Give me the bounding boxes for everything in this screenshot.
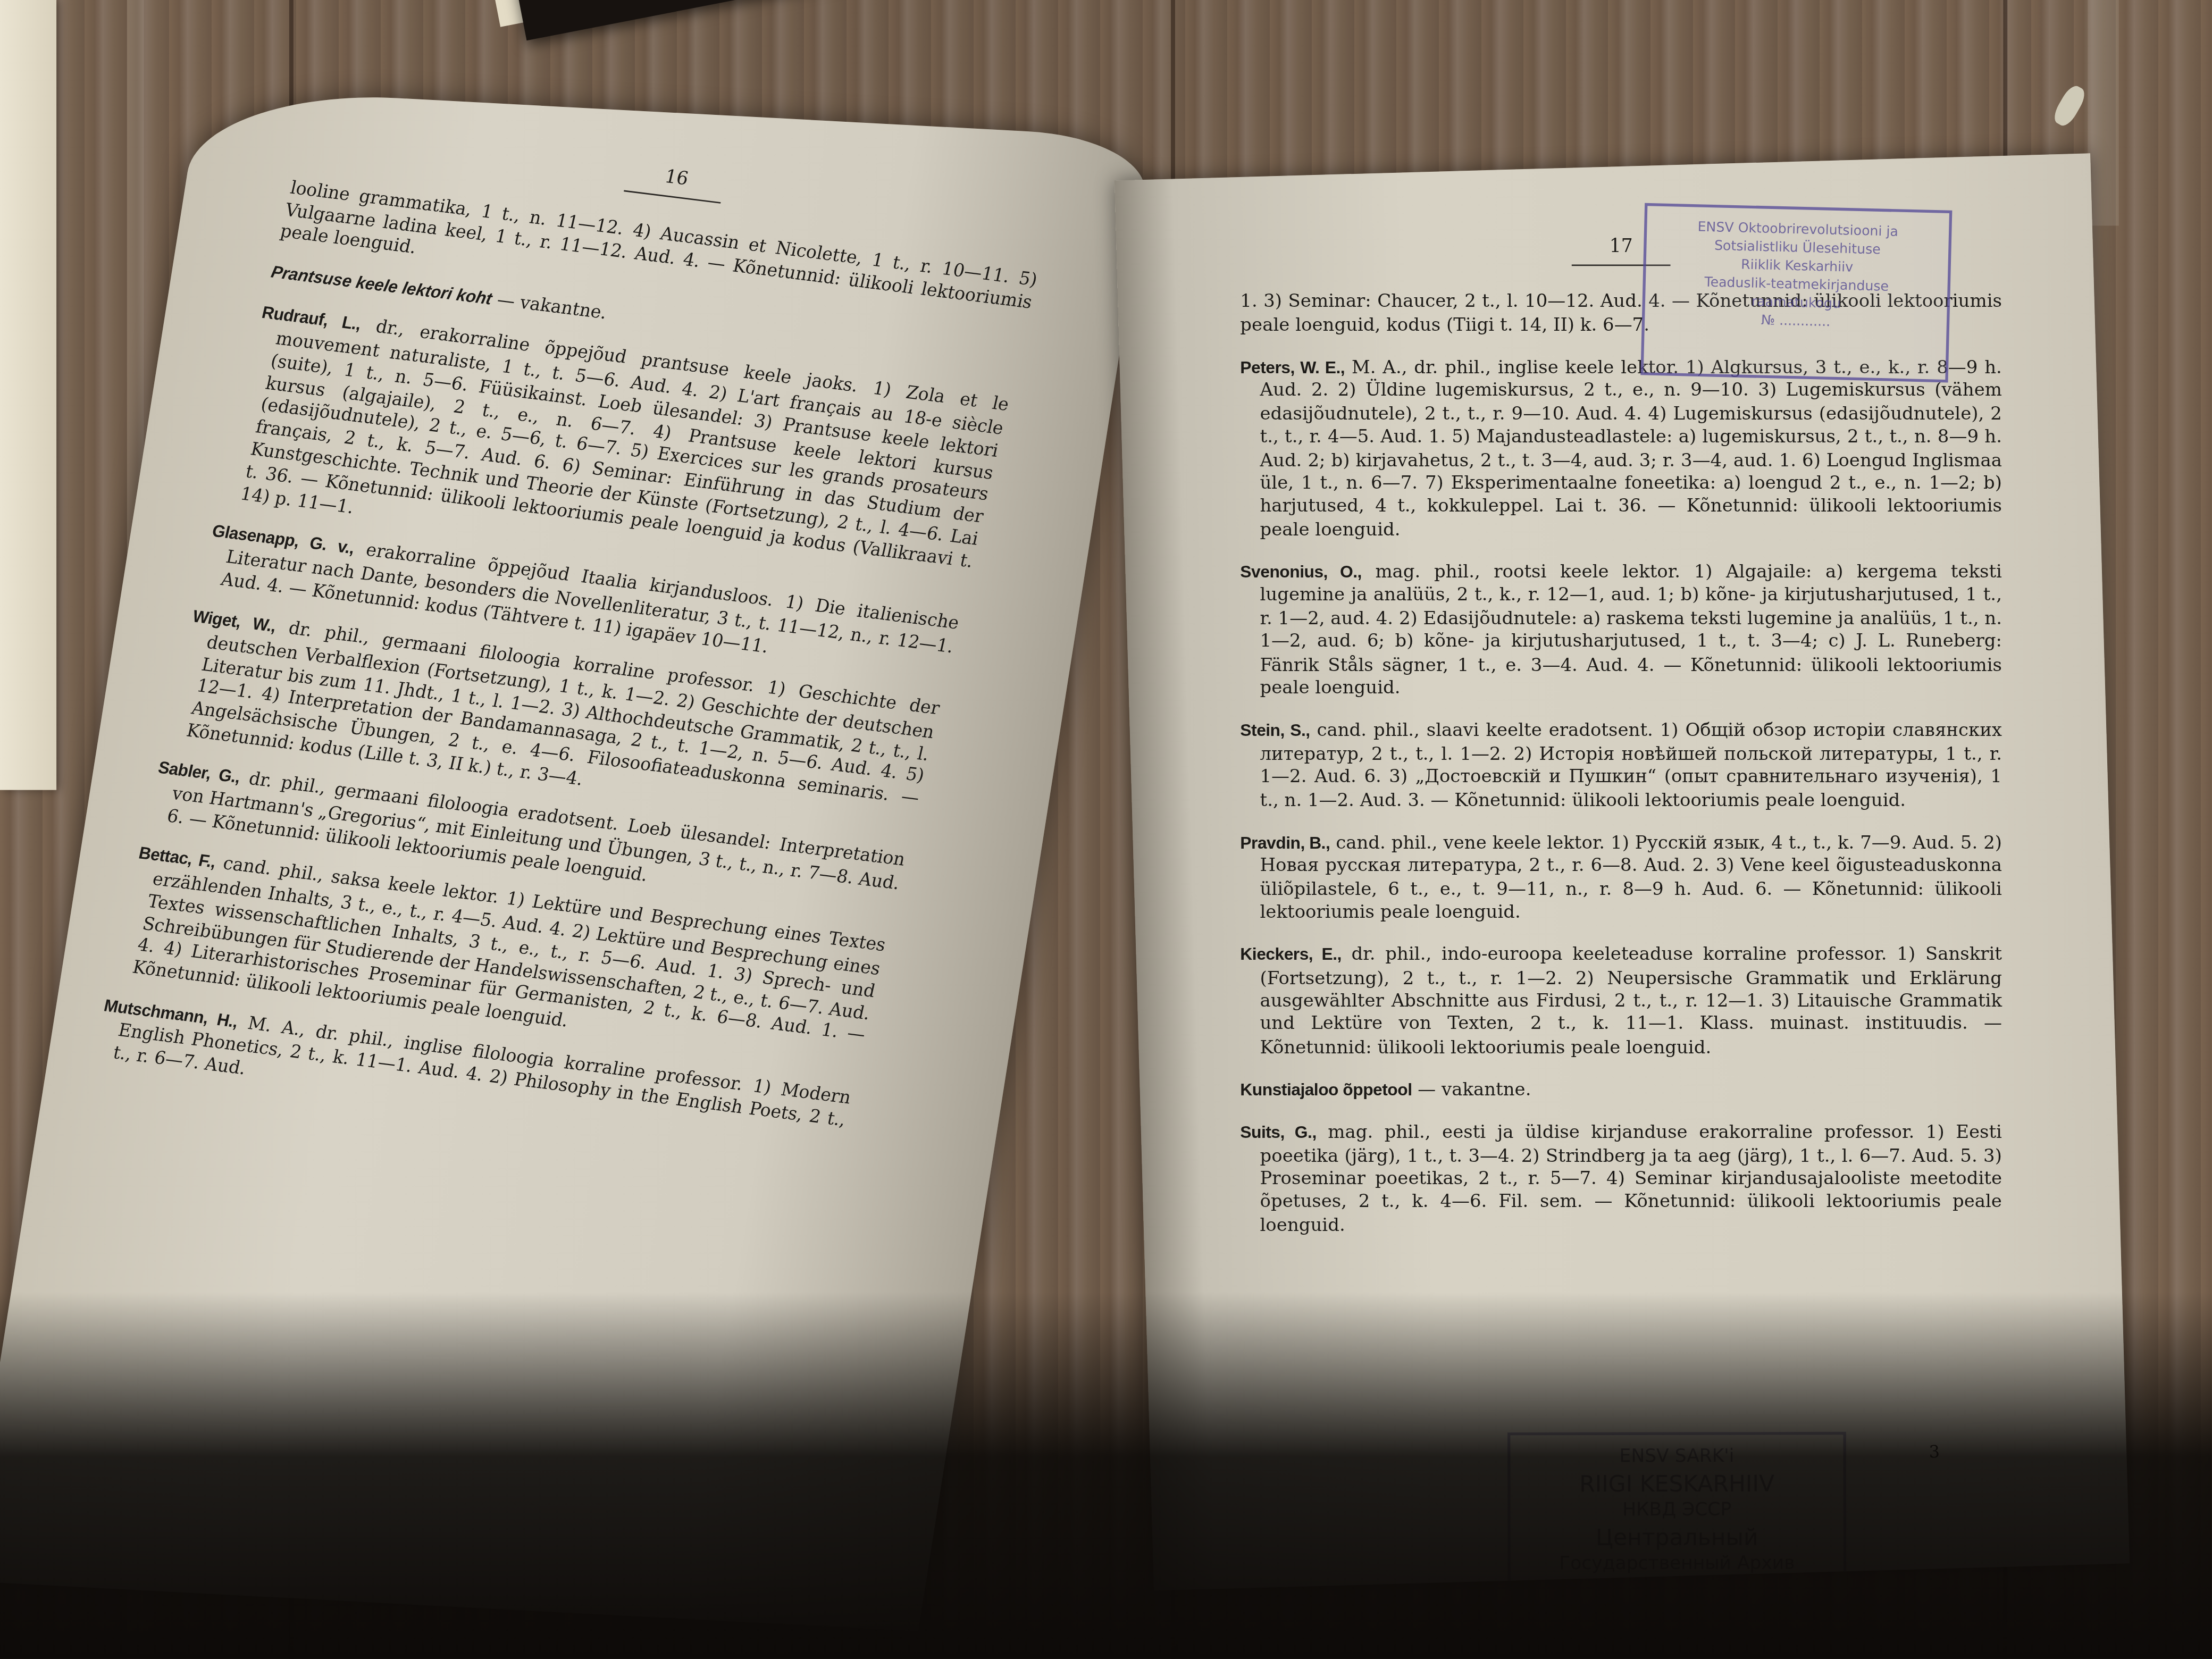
right-page-text: 17 1. 3) Seminar: Chaucer, 2 t., l. 10—1… xyxy=(1240,236,2002,1249)
lecturer-name: Wiget, W., xyxy=(191,606,278,636)
entry-peters: Peters, W. E., M. A., dr. phil., inglise… xyxy=(1240,356,2002,543)
entry-kieckers: Kieckers, E., dr. phil., indo-euroopa ke… xyxy=(1240,943,2002,1060)
background-paper-sheet xyxy=(0,0,56,790)
entry-heading: Kunstiajaloo õppetool xyxy=(1240,1080,1412,1100)
lecturer-name: Stein, S., xyxy=(1240,720,1310,740)
entry-suits: Suits, G., mag. phil., eesti ja üldise k… xyxy=(1240,1121,2002,1238)
lecturer-name: Sabler, G., xyxy=(156,758,242,787)
entry-kunstiajaloo: Kunstiajaloo õppetool — vakantne. xyxy=(1240,1078,2002,1103)
left-page-text: 16 looline grammatika, 1 t., n. 11—12. 4… xyxy=(89,122,1052,1166)
entry-text: M. A., dr. phil., inglise keele lektor. … xyxy=(1260,358,2001,541)
lecturer-name: Pravdin, B., xyxy=(1240,833,1330,852)
background-book-cover xyxy=(508,0,1136,40)
entry-heading: Prantsuse keele lektori koht xyxy=(270,262,495,308)
wood-grain xyxy=(2088,0,2118,225)
entry-text: mag. phil., rootsi keele lektor. 1) Alga… xyxy=(1260,562,2001,699)
lecturer-name: Suits, G., xyxy=(1240,1122,1316,1142)
bottom-shadow xyxy=(0,1292,2212,1659)
entry-text: — vakantne. xyxy=(1412,1080,1531,1101)
lecturer-name: Peters, W. E., xyxy=(1240,358,1345,378)
lecturer-name: Kieckers, E., xyxy=(1240,945,1341,965)
entry-text: cand. phil., slaavi keelte eradotsent. 1… xyxy=(1260,720,2001,811)
entry-text: dr. phil., indo-euroopa keeleteaduse kor… xyxy=(1260,945,2002,1059)
lecturer-name: Bettac, F., xyxy=(137,843,217,873)
lecturer-name: Svenonius, O., xyxy=(1240,562,1361,582)
entry-stein: Stein, S., cand. phil., slaavi keelte er… xyxy=(1240,719,2002,814)
table-debris xyxy=(2050,82,2089,129)
entry-svenonius: Svenonius, O., mag. phil., rootsi keele … xyxy=(1240,561,2002,701)
entry-pravdin: Pravdin, B., cand. phil., vene keele lek… xyxy=(1240,831,2002,925)
entry-text: mag. phil., eesti ja üldise kirjanduse e… xyxy=(1260,1122,2001,1236)
archive-stamp-top: ENSV Oktoobrirevolutsiooni ja Sotsialist… xyxy=(1640,203,1952,383)
entry-text: — vakantne. xyxy=(490,288,609,323)
lecturer-name: Rudrauf, L., xyxy=(260,303,363,334)
photo-scene: 16 looline grammatika, 1 t., n. 11—12. 4… xyxy=(0,0,2212,1659)
entry-text: cand. phil., vene keele lektor. 1) Русск… xyxy=(1260,833,2002,923)
